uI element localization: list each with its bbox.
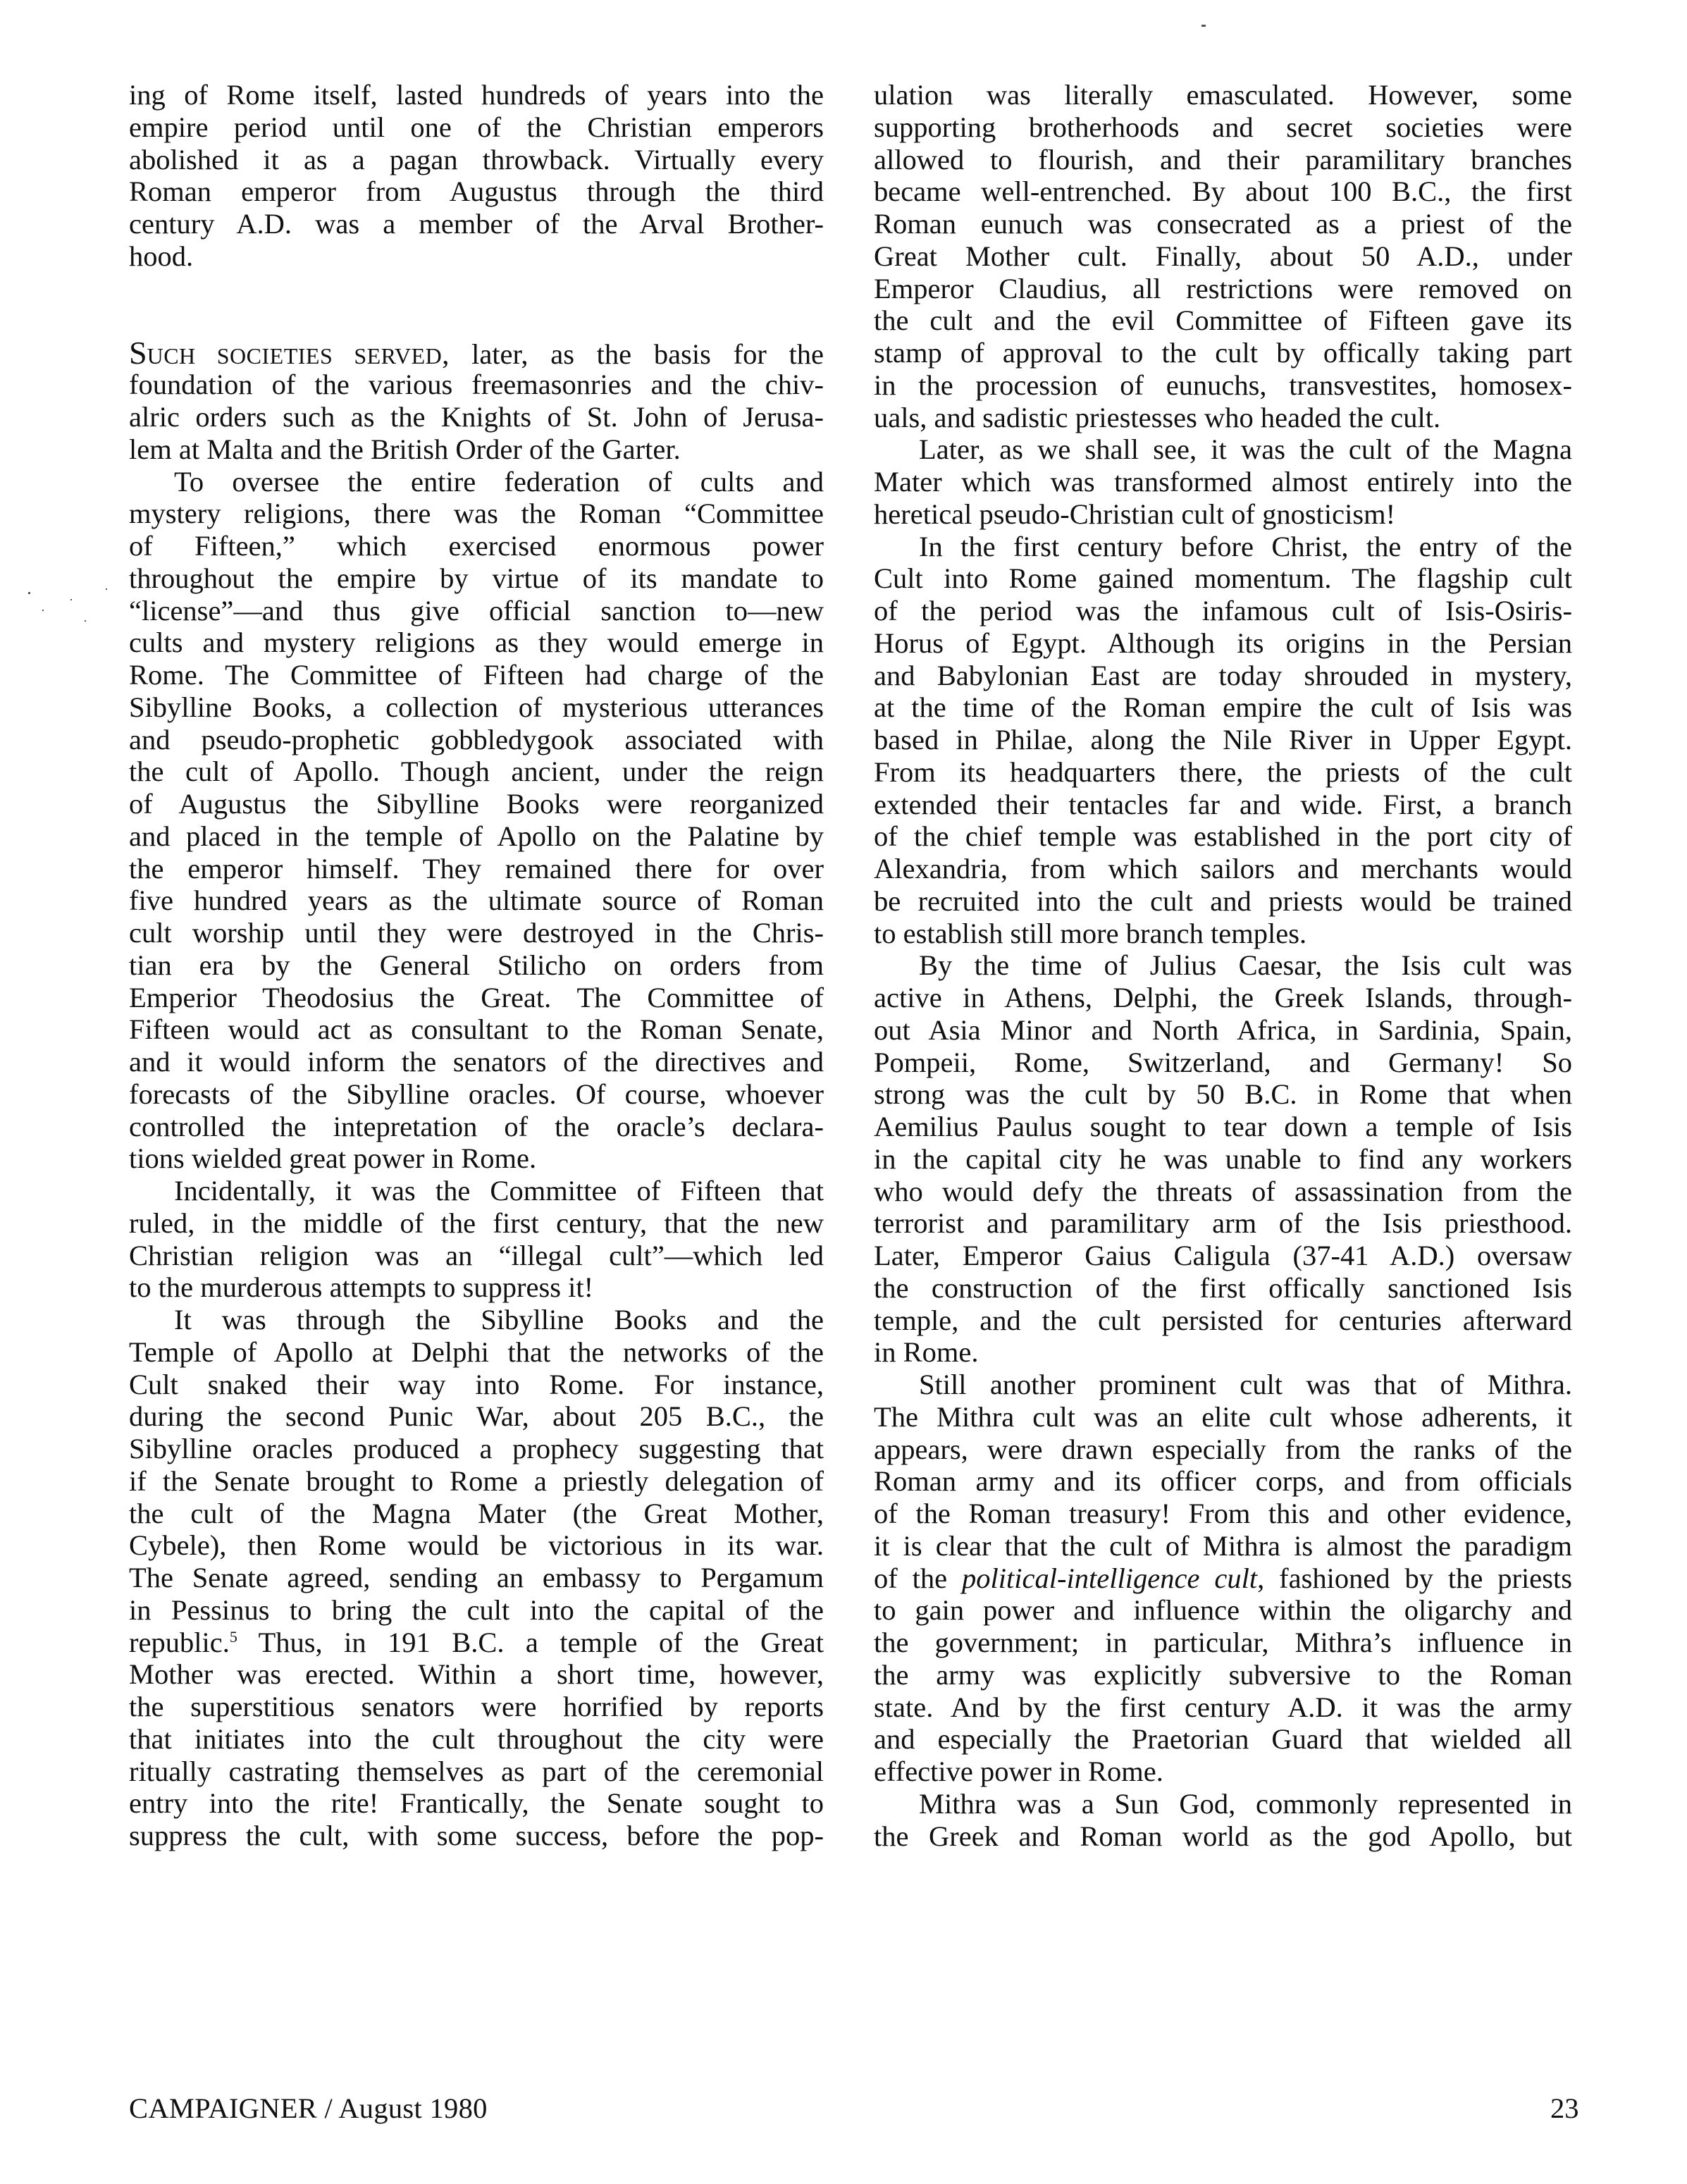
text-line: Temple of Apollo at Delphi that the netw… [129,1336,824,1369]
scan-artifact [85,620,86,622]
text-line: of Augustus the Sibylline Books were reo… [129,788,824,820]
text-line: Cult into Rome gained momentum. The flag… [874,562,1572,595]
text-line: the cult of the Magna Mater (the Great M… [129,1498,824,1530]
text-line: supporting brotherhoods and secret socie… [874,111,1572,144]
scan-artifact [28,592,30,594]
text-line: empire period until one of the Christian… [129,111,824,144]
paragraph: Mithra was a Sun God, commonly represent… [874,1788,1572,1853]
paragraph: To oversee the entire federation of cult… [129,466,824,1176]
text-line: heretical pseudo-Christian cult of gnost… [874,498,1572,531]
text-line: in Pessinus to bring the cult into the c… [129,1594,824,1627]
text-line: abolished it as a pagan throwback. Virtu… [129,144,824,176]
text-line: hood. [129,240,824,273]
text-line: Cult snaked their way into Rome. For ins… [129,1369,824,1401]
text-line: ulation was literally emasculated. Howev… [874,79,1572,111]
text-line: By the time of Julius Caesar, the Isis c… [874,949,1572,982]
text-line: It was through the Sibylline Books and t… [129,1304,824,1336]
text-line: Roman army and its officer corps, and fr… [874,1465,1572,1498]
text-line: the superstitious senators were horrifie… [129,1691,824,1723]
text-line: Still another prominent cult was that of… [874,1369,1572,1401]
text-line: Christian religion was an “illegal cult”… [129,1240,824,1272]
paragraph: It was through the Sibylline Books and t… [129,1304,824,1852]
text-line: Horus of Egypt. Although its origins in … [874,627,1572,660]
text-line: Roman emperor from Augustus through the … [129,175,824,208]
text-line: Alexandria, from which sailors and merch… [874,853,1572,885]
text-line: uals, and sadistic priestesses who heade… [874,402,1572,434]
section-lead-paragraph: SUCH SOCIETIES SERVED, later, as the bas… [129,337,824,466]
text-line: that initiates into the cult throughout … [129,1723,824,1756]
text-line: tions wielded great power in Rome. [129,1142,824,1175]
text-line: Sibylline oracles produced a prophecy su… [129,1433,824,1465]
text-line: to the murderous attempts to suppress it… [129,1271,824,1304]
text-line: during the second Punic War, about 205 B… [129,1400,824,1433]
text-line: ritually castrating themselves as part o… [129,1756,824,1788]
text-line: In the first century before Christ, the … [874,531,1572,563]
text-line: Mithra was a Sun God, commonly represent… [874,1788,1572,1820]
text-line: Later, as we shall see, it was the cult … [874,433,1572,466]
text-line: Sibylline Books, a collection of mysteri… [129,691,824,724]
text-line: five hundred years as the ultimate sourc… [129,884,824,917]
text-line: Roman eunuch was consecrated as a priest… [874,208,1572,240]
text-line: foundation of the various freemasonries … [129,369,824,401]
text-line: it is clear that the cult of Mithra is a… [874,1530,1572,1562]
text-line: The Senate agreed, sending an embassy to… [129,1562,824,1594]
text-line: “license”—and thus give official sanctio… [129,595,824,627]
text-line: lem at Malta and the British Order of th… [129,433,824,466]
text-line: who would defy the threats of assassinat… [874,1176,1572,1208]
text-line: cults and mystery religions as they woul… [129,627,824,659]
text-line: Cybele), then Rome would be victorious i… [129,1529,824,1562]
text-line: of the chief temple was established in t… [874,820,1572,853]
text-line: suppress the cult, with some success, be… [129,1820,824,1852]
text-line: Pompeii, Rome, Switzerland, and Germany!… [874,1047,1572,1079]
text-line: the army was explicitly subversive to th… [874,1659,1572,1691]
text-line: tian era by the General Stilicho on orde… [129,949,824,982]
text-line: forecasts of the Sibylline oracles. Of c… [129,1078,824,1111]
section-lead-line: SUCH SOCIETIES SERVED, later, as the bas… [129,337,824,369]
text-line: strong was the cult by 50 B.C. in Rome t… [874,1078,1572,1111]
section-break [129,273,824,337]
paragraph: Incidentally, it was the Committee of Fi… [129,1175,824,1304]
text-segment: , fashioned by the priests [1257,1562,1572,1594]
text-line: ing of Rome itself, lasted hundreds of y… [129,79,824,111]
text-line: alric orders such as the Knights of St. … [129,401,824,433]
text-line: temple, and the cult persisted for centu… [874,1304,1572,1337]
text-segment: republic. [129,1627,230,1658]
text-line: and placed in the temple of Apollo on th… [129,820,824,853]
text-line: The Mithra cult was an elite cult whose … [874,1401,1572,1433]
text-line: From its headquarters there, the priests… [874,756,1572,789]
paragraph: Still another prominent cult was that of… [874,1369,1572,1788]
text-line: Mater which was transformed almost entir… [874,466,1572,498]
text-line: Aemilius Paulus sought to tear down a te… [874,1111,1572,1143]
text-line: of the period was the infamous cult of I… [874,595,1572,627]
text-line: ruled, in the middle of the first centur… [129,1207,824,1240]
left-column: ing of Rome itself, lasted hundreds of y… [129,79,824,1852]
lead-rest: , later, as the basis for the [442,338,824,370]
text-line: stamp of approval to the cult by offical… [874,337,1572,369]
text-line: appears, were drawn especially from the … [874,1433,1572,1466]
footnote-line: republic.5 Thus, in 191 B.C. a temple of… [129,1627,824,1659]
text-line: of the Roman treasury! From this and oth… [874,1498,1572,1530]
text-line: if the Senate brought to Rome a priestly… [129,1465,824,1498]
text-line: based in Philae, along the Nile River in… [874,724,1572,756]
footnote-marker[interactable]: 5 [230,1628,237,1646]
text-line: the emperor himself. They remained there… [129,853,824,885]
drop-initial: S [129,335,147,371]
text-line: Later, Emperor Gaius Caligula (37-41 A.D… [874,1240,1572,1272]
text-line: and especially the Praetorian Guard that… [874,1723,1572,1756]
text-line: cult worship until they were destroyed i… [129,917,824,949]
paragraph: In the first century before Christ, the … [874,531,1572,950]
text-line: mystery religions, there was the Roman “… [129,498,824,530]
text-line: active in Athens, Delphi, the Greek Isla… [874,982,1572,1014]
paragraph: Later, as we shall see, it was the cult … [874,433,1572,530]
text-line: entry into the rite! Frantically, the Se… [129,1787,824,1820]
publication-footer: CAMPAIGNER / August 1980 [129,2092,488,2125]
text-line: and pseudo-prophetic gobbledygook associ… [129,724,824,756]
text-line: the government; in particular, Mithra’s … [874,1627,1572,1659]
text-line: the construction of the first offically … [874,1272,1572,1304]
text-line: to establish still more branch temples. [874,918,1572,950]
right-column: ulation was literally emasculated. Howev… [874,79,1572,1852]
scan-artifact [106,588,107,590]
text-line: the Greek and Roman world as the god Apo… [874,1820,1572,1853]
text-line: Emperior Theodosius the Great. The Commi… [129,982,824,1014]
text-line: century A.D. was a member of the Arval B… [129,208,824,240]
text-line: in Rome. [874,1336,1572,1369]
italic-phrase-line: of the political-intelligence cult, fash… [874,1562,1572,1595]
text-line: effective power in Rome. [874,1756,1572,1788]
smallcaps-lead: UCH SOCIETIES SERVED [147,343,443,369]
text-line: extended their tentacles far and wide. F… [874,789,1572,821]
text-line: in the capital city he was unable to fin… [874,1143,1572,1176]
text-line: Incidentally, it was the Committee of Fi… [129,1175,824,1207]
text-line: Mother was erected. Within a short time,… [129,1658,824,1691]
text-line: terrorist and paramilitary arm of the Is… [874,1207,1572,1240]
text-line: the cult and the evil Committee of Fifte… [874,304,1572,337]
text-line: To oversee the entire federation of cult… [129,466,824,498]
text-line: Rome. The Committee of Fifteen had charg… [129,659,824,691]
paragraph: ulation was literally emasculated. Howev… [874,79,1572,433]
text-line: controlled the intepretation of the orac… [129,1111,824,1143]
text-line: became well-entrenched. By about 100 B.C… [874,175,1572,208]
text-line: and Babylonian East are today shrouded i… [874,660,1572,692]
scan-artifact [42,610,44,611]
text-line: in the procession of eunuchs, transvesti… [874,369,1572,402]
text-line: state. And by the first century A.D. it … [874,1691,1572,1724]
text-line: the cult of Apollo. Though ancient, unde… [129,755,824,788]
text-segment: Thus, in 191 B.C. a temple of the Great [237,1627,824,1658]
text-line: out Asia Minor and North Africa, in Sard… [874,1014,1572,1047]
text-line: Emperor Claudius, all restrictions were … [874,273,1572,305]
scan-artifact [70,599,72,600]
text-line: Fifteen would act as consultant to the R… [129,1013,824,1046]
text-line: of Fifteen,” which exercised enormous po… [129,530,824,562]
text-line: and it would inform the senators of the … [129,1046,824,1078]
page-number: 23 [1550,2092,1579,2125]
magazine-page: ing of Rome itself, lasted hundreds of y… [0,0,1687,2184]
text-line: be recruited into the cult and priests w… [874,885,1572,918]
text-line: throughout the empire by virtue of its m… [129,562,824,595]
text-line: allowed to flourish, and their paramilit… [874,144,1572,176]
scan-artifact [1201,25,1206,27]
text-segment: of the [874,1562,962,1594]
italic-phrase: political-intelligence cult [962,1562,1257,1594]
text-line: to gain power and influence within the o… [874,1594,1572,1627]
paragraph: ing of Rome itself, lasted hundreds of y… [129,79,824,273]
text-line: Great Mother cult. Finally, about 50 A.D… [874,240,1572,273]
text-line: at the time of the Roman empire the cult… [874,691,1572,724]
paragraph: By the time of Julius Caesar, the Isis c… [874,949,1572,1369]
